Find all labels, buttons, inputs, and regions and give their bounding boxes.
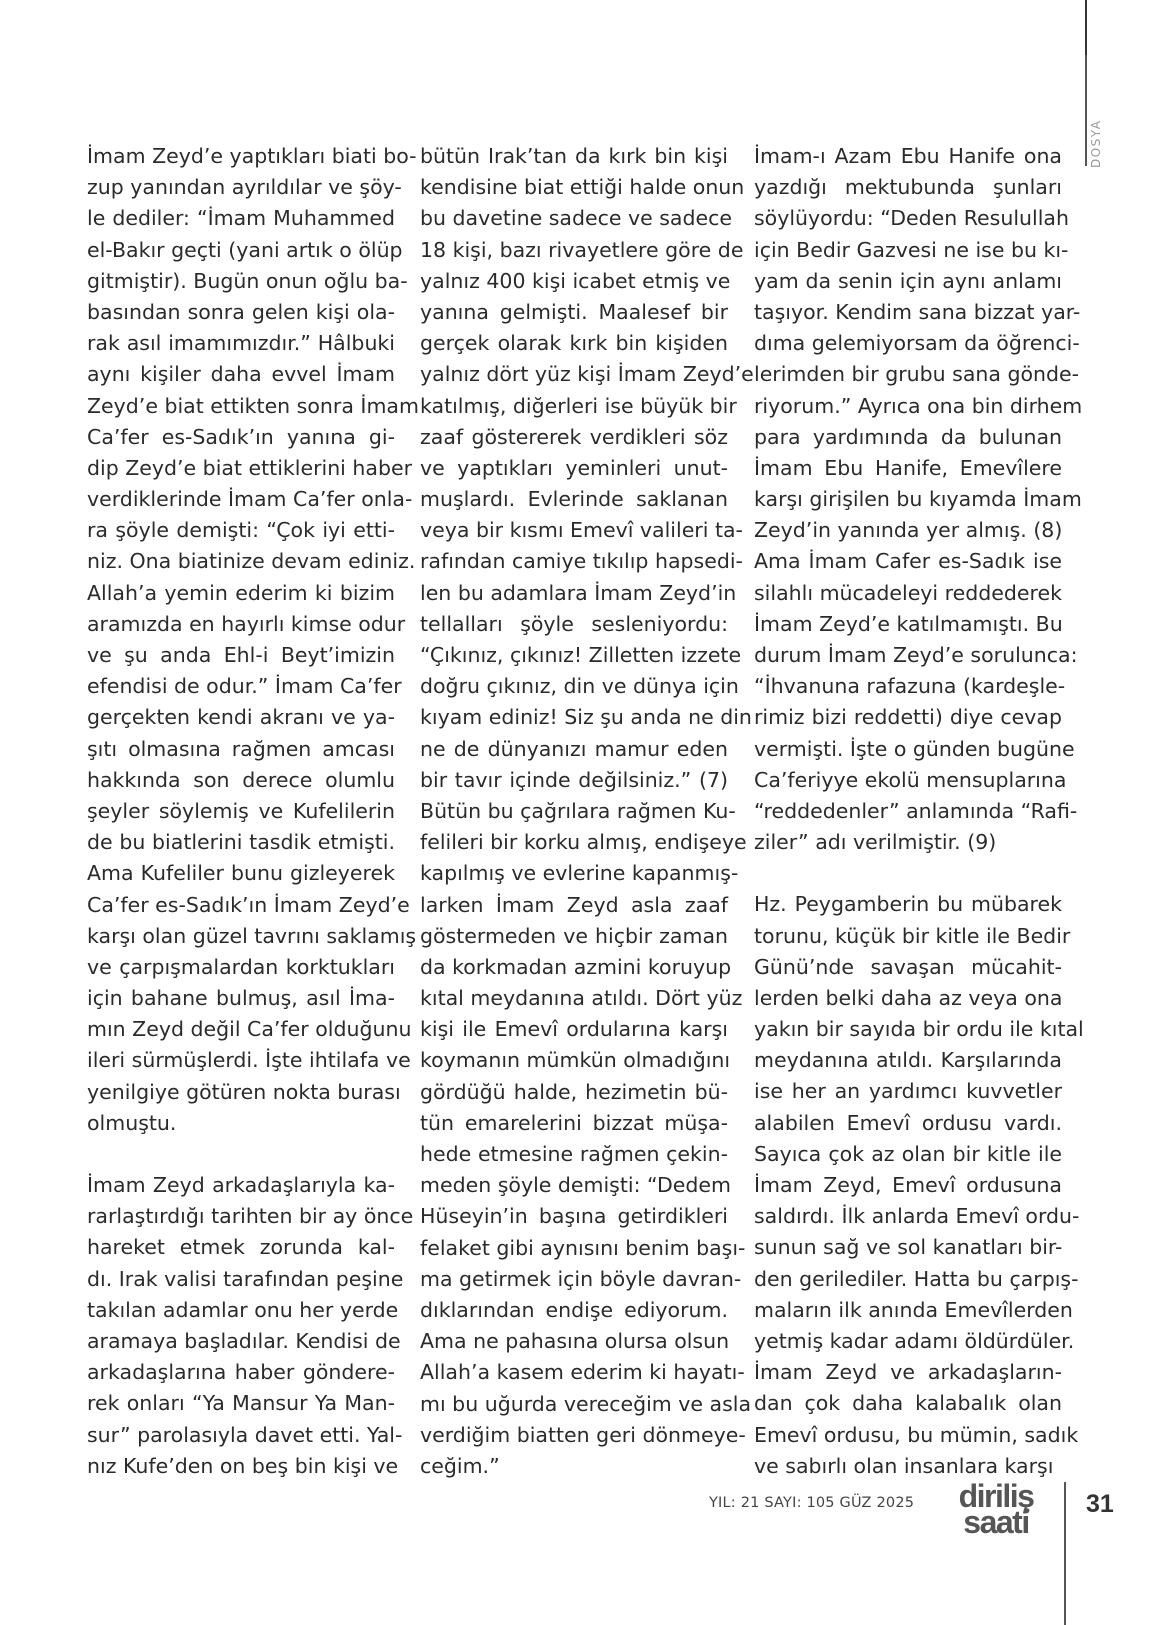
text-line: kendisine biat ettiği halde onun xyxy=(420,172,728,203)
text-line: tün emarelerini bizzat müşa- xyxy=(420,1108,728,1139)
magazine-logo: diriliş saati xyxy=(950,1483,1042,1535)
text-line: rimiz bizi reddetti) diye cevap xyxy=(754,702,1062,733)
text-line: ve yaptıkları yeminleri unut- xyxy=(420,453,728,484)
text-line: Ca’fer es-Sadık’ın İmam Zeyd’e xyxy=(87,890,395,921)
text-line: “reddedenler” anlamında “Rafi- xyxy=(754,796,1062,827)
text-line: aramızda en hayırlı kimse odur xyxy=(87,609,395,640)
issue-info: YIL: 21 SAYI: 105 GÜZ 2025 xyxy=(709,1495,914,1511)
text-line: İmam-ı Azam Ebu Hanife ona xyxy=(754,141,1062,172)
text-line: taşıyor. Kendim sana bizzat yar- xyxy=(754,297,1062,328)
text-line: yam da senin için aynı anlamı xyxy=(754,266,1062,297)
text-line: ileri sürmüşlerdi. İşte ihtilafa ve xyxy=(87,1045,395,1076)
text-line: “İhvanuna rafazuna (kardeşle- xyxy=(754,671,1062,702)
text-line: den gerilediler. Hatta bu çarpış- xyxy=(754,1264,1062,1295)
text-line: için Bedir Gazvesi ne ise bu kı- xyxy=(754,235,1062,266)
text-line: yazdığı mektubunda şunları xyxy=(754,172,1062,203)
text-line: meydanına atıldı. Karşılarında xyxy=(754,1045,1062,1076)
text-line: basından sonra gelen kişi ola- xyxy=(87,297,395,328)
text-line: kıyam ediniz! Siz şu anda ne din xyxy=(420,702,728,733)
text-line: gitmiştir). Bugün onun oğlu ba- xyxy=(87,266,395,297)
text-line: takılan adamlar onu her yerde xyxy=(87,1295,395,1326)
text-line: Bütün bu çağrılara rağmen Ku- xyxy=(420,796,728,827)
text-line: İmam Zeyd’e katılmamıştı. Bu xyxy=(754,609,1062,640)
article-paragraph: İmam-ı Azam Ebu Hanife onayazdığı mektub… xyxy=(754,141,1062,858)
text-line: Günü’nde savaşan mücahit- xyxy=(754,952,1062,983)
text-line: bir tavır içinde değilsiniz.” (7) xyxy=(420,765,728,796)
text-line: mın Zeyd değil Ca’fer olduğunu xyxy=(87,1014,395,1045)
text-line: İmam Ebu Hanife, Emevîlere xyxy=(754,453,1062,484)
text-line: rafından camiye tıkılıp hapsedi- xyxy=(420,546,728,577)
text-line: şıtı olmasına rağmen amcası xyxy=(87,734,395,765)
page-number: 31 xyxy=(1086,1490,1114,1519)
text-line: maların ilk anında Emevîlerden xyxy=(754,1295,1062,1326)
text-line: karşı olan güzel tavrını saklamış xyxy=(87,921,395,952)
text-line: rek onları “Ya Mansur Ya Man- xyxy=(87,1388,395,1419)
text-line: bütün Irak’tan da kırk bin kişi xyxy=(420,141,728,172)
text-line: için bahane bulmuş, asıl İma- xyxy=(87,983,395,1014)
text-line: Zeyd’in yanında yer almış. (8) xyxy=(754,515,1062,546)
text-line: vermişti. İşte o günden bugüne xyxy=(754,734,1062,765)
text-line: verdiklerinde İmam Ca’fer onla- xyxy=(87,484,395,515)
section-label: DOSYA xyxy=(1089,120,1103,168)
text-line: yanına gelmişti. Maalesef bir xyxy=(420,297,728,328)
text-line: ve çarpışmalardan korktukları xyxy=(87,952,395,983)
text-line: şeyler söylemiş ve Kufelilerin xyxy=(87,796,395,827)
text-line: riyorum.” Ayrıca ona bin dirhem xyxy=(754,391,1062,422)
text-line: hede etmesine rağmen çekin- xyxy=(420,1139,728,1170)
text-line: rak asıl imamımızdır.” Hâlbuki xyxy=(87,328,395,359)
text-line: doğru çıkınız, din ve dünya için xyxy=(420,671,728,702)
article-paragraph: İmam Zeyd arkadaşlarıyla ka-rarlaştırdığ… xyxy=(87,1170,395,1482)
text-line: dı. Irak valisi tarafından peşine xyxy=(87,1264,395,1295)
text-line: de bu biatlerini tasdik etmişti. xyxy=(87,827,395,858)
text-line: Hüseyin’in başına getirdikleri xyxy=(420,1201,728,1232)
text-line: Ca’fer es-Sadık’ın yanına gi- xyxy=(87,422,395,453)
text-line: lerimden bir grubu sana gönde- xyxy=(754,359,1062,390)
text-line: tellalları şöyle sesleniyordu: xyxy=(420,609,728,640)
text-line: olmuştu. xyxy=(87,1108,395,1139)
footer-vertical-rule xyxy=(1064,1482,1066,1625)
text-line: ise her an yardımcı kuvvetler xyxy=(754,1076,1062,1107)
text-line: Ama Kufeliler bunu gizleyerek xyxy=(87,858,395,889)
text-line: lerden belki daha az veya ona xyxy=(754,983,1062,1014)
text-line: le dediler: “İmam Muhammed xyxy=(87,203,395,234)
text-line: gerçek olarak kırk bin kişiden xyxy=(420,328,728,359)
text-line: arkadaşlarına haber göndere- xyxy=(87,1357,395,1388)
text-line: sur” parolasıyla davet etti. Yal- xyxy=(87,1420,395,1451)
text-line: ziler” adı verilmiştir. (9) xyxy=(754,827,1062,858)
text-line: sunun sağ ve sol kanatları bir- xyxy=(754,1232,1062,1263)
text-line: niz. Ona biatinize devam ediniz. xyxy=(87,546,395,577)
text-line: dan çok daha kalabalık olan xyxy=(754,1388,1062,1419)
text-line: zaaf göstererek verdikleri söz xyxy=(420,422,728,453)
text-line: gerçekten kendi akranı ve ya- xyxy=(87,702,395,733)
text-line: dip Zeyd’e biat ettiklerini haber xyxy=(87,453,395,484)
text-line: aynı kişiler daha evvel İmam xyxy=(87,359,395,390)
magazine-page: DOSYA İmam Zeyd’e yaptıkları biati bo-zu… xyxy=(0,0,1152,1625)
text-line: hakkında son derece olumlu xyxy=(87,765,395,796)
text-line: Zeyd’e biat ettikten sonra İmam xyxy=(87,391,395,422)
text-line: felileri bir korku almış, endişeye xyxy=(420,827,728,858)
text-line: ve şu anda Ehl-i Beyt’imizin xyxy=(87,640,395,671)
text-line: Ca’feriyye ekolü mensuplarına xyxy=(754,765,1062,796)
text-line: silahlı mücadeleyi reddederek xyxy=(754,578,1062,609)
text-line: dıklarından endişe ediyorum. xyxy=(420,1295,728,1326)
text-line: İmam Zeyd arkadaşlarıyla ka- xyxy=(87,1170,395,1201)
text-line: para yardımında da bulunan xyxy=(754,422,1062,453)
text-line: İmam Zeyd ve arkadaşların- xyxy=(754,1357,1062,1388)
text-line: bu davetine sadece ve sadece xyxy=(420,203,728,234)
text-line: durum İmam Zeyd’e sorulunca: xyxy=(754,640,1062,671)
text-line: felaket gibi aynısını benim başı- xyxy=(420,1233,728,1264)
text-line: Emevî ordusu, bu mümin, sadık xyxy=(754,1420,1062,1451)
article-paragraph: bütün Irak’tan da kırk bin kişikendisine… xyxy=(420,141,728,1482)
text-line: Ama İmam Cafer es-Sadık ise xyxy=(754,546,1062,577)
text-line: hareket etmek zorunda kal- xyxy=(87,1232,395,1263)
text-line: ne de dünyanızı mamur eden xyxy=(420,734,728,765)
text-line: nız Kufe’den on beş bin kişi ve xyxy=(87,1451,395,1482)
logo-line-2: saati xyxy=(950,1509,1042,1535)
text-line: muşlardı. Evlerinde saklanan xyxy=(420,484,728,515)
text-line: söylüyordu: “Deden Resulullah xyxy=(754,203,1062,234)
text-line: ceğim.” xyxy=(420,1451,728,1482)
text-line: karşı girişilen bu kıyamda İmam xyxy=(754,484,1062,515)
text-column-3: İmam-ı Azam Ebu Hanife onayazdığı mektub… xyxy=(754,141,1062,1482)
text-line: Sayıca çok az olan bir kitle ile xyxy=(754,1139,1062,1170)
text-line: efendisi de odur.” İmam Ca’fer xyxy=(87,671,395,702)
text-line: yakın bir sayıda bir ordu ile kıtal xyxy=(754,1014,1062,1045)
text-line: “Çıkınız, çıkınız! Zilletten izzete xyxy=(420,640,728,671)
text-line: dıma gelemiyorsam da öğrenci- xyxy=(754,328,1062,359)
text-line: Allah’a kasem ederim ki hayatı- xyxy=(420,1357,728,1388)
text-line: yalnız 400 kişi icabet etmiş ve xyxy=(420,266,728,297)
text-line: 18 kişi, bazı rivayetlere göre de xyxy=(420,235,728,266)
text-line: yenilgiye götüren nokta burası xyxy=(87,1077,395,1108)
text-line: aramaya başladılar. Kendisi de xyxy=(87,1326,395,1357)
text-line: el-Bakır geçti (yani artık o ölüp xyxy=(87,235,395,266)
text-line: ra şöyle demişti: “Çok iyi etti- xyxy=(87,515,395,546)
text-line: kişi ile Emevî ordularına karşı xyxy=(420,1014,728,1045)
text-line: İmam Zeyd, Emevî ordusuna xyxy=(754,1170,1062,1201)
text-line: verdiğim biatten geri dönmeye- xyxy=(420,1420,728,1451)
text-line: katılmış, diğerleri ise büyük bir xyxy=(420,391,728,422)
text-line: İmam Zeyd’e yaptıkları biati bo- xyxy=(87,141,395,172)
text-line: gördüğü halde, hezimetin bü- xyxy=(420,1077,728,1108)
text-column-2: bütün Irak’tan da kırk bin kişikendisine… xyxy=(420,141,728,1482)
text-column-1: İmam Zeyd’e yaptıkları biati bo-zup yanı… xyxy=(87,141,395,1482)
text-line: alabilen Emevî ordusu vardı. xyxy=(754,1108,1062,1139)
text-line: rarlaştırdığı tarihten bir ay önce xyxy=(87,1201,395,1232)
text-line: zup yanından ayrıldılar ve şöy- xyxy=(87,172,395,203)
article-paragraph: İmam Zeyd’e yaptıkları biati bo-zup yanı… xyxy=(87,141,395,1139)
text-line: veya bir kısmı Emevî valileri ta- xyxy=(420,515,728,546)
text-line: kıtal meydanına atıldı. Dört yüz xyxy=(420,983,728,1014)
text-line: göstermeden ve hiçbir zaman xyxy=(420,921,728,952)
text-line: da korkmadan azmini koruyup xyxy=(420,952,728,983)
text-line: torunu, küçük bir kitle ile Bedir xyxy=(754,921,1062,952)
text-line: yalnız dört yüz kişi İmam Zeyd’e xyxy=(420,359,728,390)
top-vertical-rule-dark xyxy=(1085,0,1087,55)
text-line: saldırdı. İlk anlarda Emevî ordu- xyxy=(754,1201,1062,1232)
text-line: ma getirmek için böyle davran- xyxy=(420,1264,728,1295)
text-line: larken İmam Zeyd asla zaaf xyxy=(420,890,728,921)
text-line: yetmiş kadar adamı öldürdüler. xyxy=(754,1326,1062,1357)
text-line: Hz. Peygamberin bu mübarek xyxy=(754,889,1062,920)
text-line: Ama ne pahasına olursa olsun xyxy=(420,1326,728,1357)
text-line: kapılmış ve evlerine kapanmış- xyxy=(420,858,728,889)
article-paragraph: Hz. Peygamberin bu mübarektorunu, küçük … xyxy=(754,889,1062,1482)
text-line: Allah’a yemin ederim ki bizim xyxy=(87,578,395,609)
text-line: meden şöyle demişti: “Dedem xyxy=(420,1170,728,1201)
text-line: mı bu uğurda vereceğim ve asla xyxy=(420,1389,728,1420)
text-line: koymanın mümkün olmadığını xyxy=(420,1045,728,1076)
text-line: len bu adamlara İmam Zeyd’in xyxy=(420,578,728,609)
